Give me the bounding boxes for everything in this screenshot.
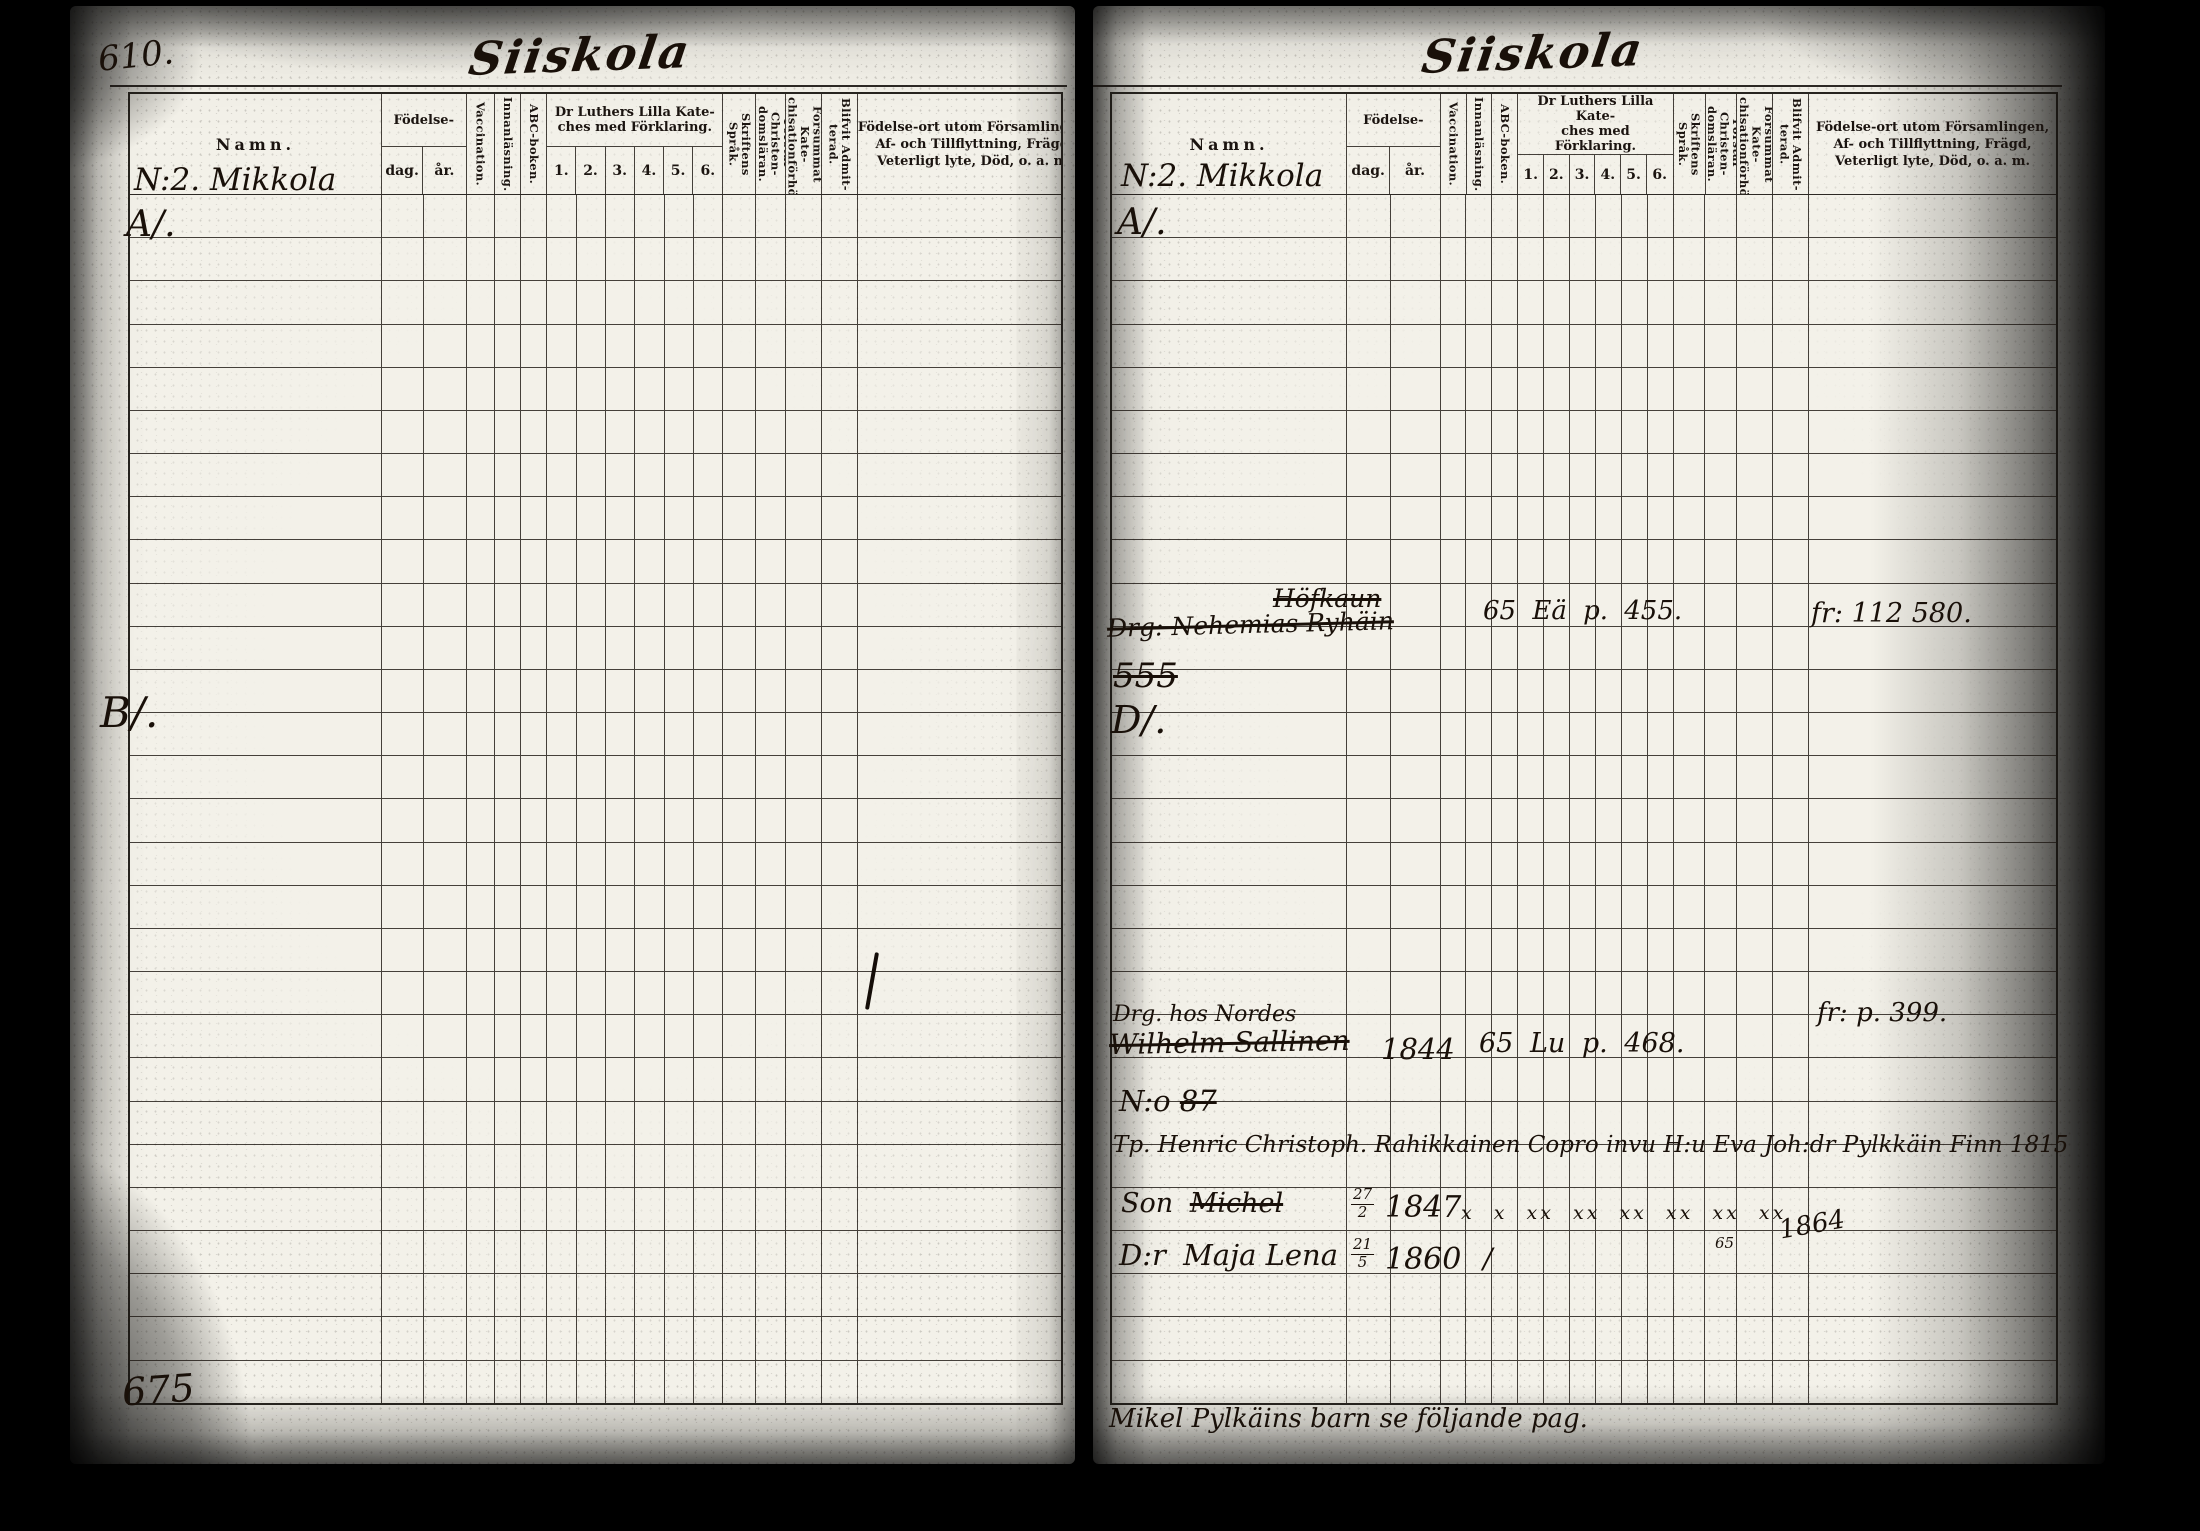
table-cell <box>822 497 858 539</box>
table-cell <box>1466 1317 1492 1359</box>
table-cell <box>547 1231 576 1273</box>
column-label-vertical: Förstår Christen-domsläran. <box>756 97 786 191</box>
table-cell <box>495 1317 521 1359</box>
table-cell <box>1391 886 1441 928</box>
table-cell <box>635 1145 664 1187</box>
table-cell <box>1492 1361 1518 1403</box>
table-cell <box>1492 1317 1518 1359</box>
table-cell <box>756 1231 786 1273</box>
table-cell <box>1544 497 1570 539</box>
table-cell <box>495 756 521 798</box>
table-cell <box>786 281 822 323</box>
table-cell <box>756 584 786 626</box>
table-cell <box>467 540 496 582</box>
table-cell <box>756 540 786 582</box>
table-cell <box>1570 843 1596 885</box>
table-cell <box>1570 713 1596 755</box>
table-cell <box>577 929 606 971</box>
table-cell <box>521 195 547 237</box>
table-cell <box>1622 670 1648 712</box>
table-cell <box>665 1102 694 1144</box>
table-cell <box>521 972 547 1014</box>
column-label-vertical: Förstår Christen-domsläran. <box>1706 97 1738 191</box>
table-cell <box>1466 454 1492 496</box>
table-cell <box>822 627 858 669</box>
table-cell <box>577 281 606 323</box>
table-cell <box>1466 627 1492 669</box>
table-cell <box>467 368 496 410</box>
table-cell <box>424 411 467 453</box>
table-cell <box>1596 627 1622 669</box>
table-cell <box>577 799 606 841</box>
table-cell <box>1705 1317 1737 1359</box>
table-cell <box>1570 799 1596 841</box>
table-cell <box>694 1058 723 1100</box>
table-cell <box>1518 627 1544 669</box>
table-cell <box>1466 497 1492 539</box>
table-cell <box>547 238 576 280</box>
table-cell <box>130 1015 382 1057</box>
table-cell <box>1705 1015 1737 1057</box>
margin-mark: A/. <box>126 204 176 245</box>
table-cell <box>606 1015 635 1057</box>
table-cell <box>382 325 424 367</box>
table-cell <box>1492 195 1518 237</box>
table-cell <box>1518 540 1544 582</box>
table-cell <box>1809 1058 2056 1100</box>
table-cell <box>1441 1317 1467 1359</box>
table-cell <box>495 1058 521 1100</box>
table-cell <box>1596 281 1622 323</box>
table-row <box>130 280 1061 323</box>
table-cell <box>1544 195 1570 237</box>
table-cell <box>577 411 606 453</box>
table-cell <box>130 325 382 367</box>
table-cell <box>858 1231 1061 1273</box>
table-row <box>130 842 1061 885</box>
table-cell <box>1809 195 2056 237</box>
table-cell <box>521 325 547 367</box>
table-cell <box>1441 670 1467 712</box>
column-header-blifvit_admitterad: Blifvit Admit-terad. <box>1773 94 1809 194</box>
table-cell <box>1492 756 1518 798</box>
table-cell <box>822 584 858 626</box>
table-cell <box>547 670 576 712</box>
table-cell <box>577 1274 606 1316</box>
table-cell <box>1596 670 1622 712</box>
table-cell <box>521 670 547 712</box>
table-cell <box>382 1145 424 1187</box>
table-cell <box>822 540 858 582</box>
table-cell <box>1737 540 1773 582</box>
table-cell <box>858 411 1061 453</box>
table-cell <box>1112 497 1347 539</box>
birth-month: 2 <box>1358 1205 1368 1221</box>
table-cell <box>1622 627 1648 669</box>
table-cell <box>858 497 1061 539</box>
table-cell <box>382 1015 424 1057</box>
table-cell <box>577 627 606 669</box>
table-cell <box>1737 627 1773 669</box>
table-cell <box>665 1058 694 1100</box>
table-cell <box>467 886 496 928</box>
table-cell <box>1391 972 1441 1014</box>
table-cell <box>495 1145 521 1187</box>
table-cell <box>786 1145 822 1187</box>
table-cell <box>1809 368 2056 410</box>
table-cell <box>547 584 576 626</box>
table-cell <box>665 584 694 626</box>
table-cell <box>1648 843 1674 885</box>
table-cell <box>467 1231 496 1273</box>
table-cell <box>424 1102 467 1144</box>
table-cell <box>382 1231 424 1273</box>
table-row <box>130 410 1061 453</box>
table-cell <box>1492 713 1518 755</box>
table-cell <box>1391 497 1441 539</box>
table-cell <box>1596 540 1622 582</box>
table-cell <box>382 799 424 841</box>
table-cell <box>1622 1058 1648 1100</box>
table-cell <box>495 281 521 323</box>
table-cell <box>1466 843 1492 885</box>
column-label-line: Dr Luthers Lilla Kate- <box>547 105 722 120</box>
table-cell <box>424 1188 467 1230</box>
table-cell <box>1466 886 1492 928</box>
table-cell <box>665 540 694 582</box>
table-cell <box>694 713 723 755</box>
table-cell <box>1391 843 1441 885</box>
column-header-vaccination: Vaccination. <box>1441 94 1467 194</box>
table-cell <box>1809 238 2056 280</box>
table-cell <box>495 1188 521 1230</box>
table-cell <box>1622 540 1648 582</box>
table-cell <box>1648 195 1674 237</box>
table-cell <box>382 843 424 885</box>
table-row <box>130 1360 1061 1403</box>
table-cell <box>547 1102 576 1144</box>
table-cell <box>1622 195 1648 237</box>
table-cell <box>1809 1361 2056 1403</box>
subcolumn-header: 3. <box>606 147 635 194</box>
table-cell <box>1674 1274 1706 1316</box>
table-cell <box>382 713 424 755</box>
table-cell <box>1622 497 1648 539</box>
table-cell <box>665 1231 694 1273</box>
table-cell <box>1809 497 2056 539</box>
table-cell <box>635 1058 664 1100</box>
table-row <box>130 453 1061 496</box>
table-cell <box>606 325 635 367</box>
table-cell <box>521 1361 547 1403</box>
table-cell <box>424 1317 467 1359</box>
table-cell <box>723 1361 756 1403</box>
table-cell <box>694 454 723 496</box>
family-number-prefix: N:o <box>1119 1084 1171 1118</box>
table-cell <box>577 238 606 280</box>
table-cell <box>1773 799 1809 841</box>
table-cell <box>1648 411 1674 453</box>
column-label-line: Födelse- <box>1347 113 1440 128</box>
table-cell <box>858 670 1061 712</box>
table-cell <box>1347 1361 1391 1403</box>
table-cell <box>495 1361 521 1403</box>
table-cell <box>577 713 606 755</box>
column-label-vertical: Innanläsning. <box>502 97 515 191</box>
table-cell <box>822 1231 858 1273</box>
table-cell <box>1622 1317 1648 1359</box>
table-cell <box>547 1361 576 1403</box>
table-row <box>130 1014 1061 1057</box>
table-cell <box>1674 281 1706 323</box>
table-cell <box>130 497 382 539</box>
table-cell <box>1596 756 1622 798</box>
table-cell <box>786 497 822 539</box>
table-row <box>1112 885 2056 928</box>
table-cell <box>606 1317 635 1359</box>
table-cell <box>577 325 606 367</box>
table-cell <box>635 1274 664 1316</box>
table-cell <box>1648 497 1674 539</box>
table-row <box>130 971 1061 1014</box>
table-cell <box>1773 886 1809 928</box>
table-cell <box>756 195 786 237</box>
table-cell <box>1441 540 1467 582</box>
table-cell <box>786 799 822 841</box>
table-cell <box>606 713 635 755</box>
table-cell <box>1466 670 1492 712</box>
table-cell <box>1518 843 1544 885</box>
table-cell <box>822 929 858 971</box>
subcolumn-header: dag. <box>382 147 423 194</box>
table-cell <box>1391 540 1441 582</box>
table-cell <box>130 627 382 669</box>
table-cell <box>694 843 723 885</box>
table-cell <box>1518 497 1544 539</box>
subcolumn-row: 1.2.3.4.5.6. <box>1518 155 1672 194</box>
table-cell <box>1596 411 1622 453</box>
table-cell <box>1347 843 1391 885</box>
column-label: Namn. <box>1189 136 1268 153</box>
table-row <box>130 755 1061 798</box>
table-cell <box>635 325 664 367</box>
table-cell <box>1809 929 2056 971</box>
table-cell <box>1466 799 1492 841</box>
table-cell <box>1705 411 1737 453</box>
table-cell <box>577 1015 606 1057</box>
table-cell <box>1544 1317 1570 1359</box>
table-cell <box>424 1058 467 1100</box>
table-cell <box>424 195 467 237</box>
table-cell <box>1347 195 1391 237</box>
table-cell <box>606 670 635 712</box>
table-cell <box>606 411 635 453</box>
table-cell <box>1809 454 2056 496</box>
table-cell <box>467 972 496 1014</box>
table-cell <box>495 670 521 712</box>
table-cell <box>1466 325 1492 367</box>
table-cell <box>606 886 635 928</box>
table-cell <box>1518 1361 1544 1403</box>
table-cell <box>1492 540 1518 582</box>
table-cell <box>467 1058 496 1100</box>
table-cell <box>382 584 424 626</box>
struck-number: 555 <box>1113 656 1178 696</box>
table-cell <box>606 281 635 323</box>
table-cell <box>1674 1058 1706 1100</box>
table-cell <box>1773 1361 1809 1403</box>
table-cell <box>521 411 547 453</box>
table-cell <box>635 929 664 971</box>
table-cell <box>1347 886 1391 928</box>
table-cell <box>1648 886 1674 928</box>
table-cell <box>1674 411 1706 453</box>
family-number: N:o 87 <box>1119 1084 1217 1118</box>
table-cell <box>694 972 723 1014</box>
table-row <box>1112 798 2056 841</box>
table-cell <box>723 238 756 280</box>
table-cell <box>1596 195 1622 237</box>
subcolumn-row: dag.år. <box>382 147 466 194</box>
column-label-line: ches med Förklaring. <box>1518 124 1672 154</box>
table-cell <box>1622 454 1648 496</box>
table-cell <box>1773 1317 1809 1359</box>
table-cell <box>1112 843 1347 885</box>
table-cell <box>665 929 694 971</box>
table-cell <box>665 238 694 280</box>
table-row <box>1112 280 2056 323</box>
table-cell <box>1391 195 1441 237</box>
table-row <box>130 1273 1061 1316</box>
table-cell <box>467 325 496 367</box>
table-cell <box>130 713 382 755</box>
table-cell <box>1347 238 1391 280</box>
table-cell <box>723 713 756 755</box>
table-cell <box>1518 281 1544 323</box>
table-cell <box>723 627 756 669</box>
table-cell <box>606 540 635 582</box>
table-cell <box>1441 1361 1467 1403</box>
subcolumn-header: 4. <box>635 147 664 194</box>
table-cell <box>521 368 547 410</box>
table-cell <box>1492 843 1518 885</box>
table-cell <box>547 1188 576 1230</box>
table-cell <box>786 843 822 885</box>
table-cell <box>694 368 723 410</box>
table-cell <box>130 799 382 841</box>
table-cell <box>1570 627 1596 669</box>
column-header-kateches: Dr Luthers Lilla Kate-ches med Förklarin… <box>547 94 723 194</box>
table-cell <box>858 972 1061 1014</box>
table-cell <box>577 584 606 626</box>
table-cell <box>694 584 723 626</box>
table-row <box>130 1230 1061 1273</box>
table-cell <box>606 584 635 626</box>
table-cell <box>635 1015 664 1057</box>
table-cell <box>1441 713 1467 755</box>
table-cell <box>858 195 1061 237</box>
table-cell <box>1492 411 1518 453</box>
table-cell <box>1492 325 1518 367</box>
subcolumn-header: dag. <box>1347 147 1390 194</box>
table-cell <box>1705 799 1737 841</box>
table-row <box>130 712 1061 755</box>
table-cell <box>521 756 547 798</box>
table-cell <box>1570 929 1596 971</box>
table-cell <box>130 540 382 582</box>
table-cell <box>382 886 424 928</box>
child-name: Michel <box>1190 1188 1283 1219</box>
column-label: Födelse- <box>382 94 466 147</box>
table-cell <box>1570 886 1596 928</box>
table-cell <box>1347 540 1391 582</box>
table-cell <box>1674 325 1706 367</box>
table-cell <box>858 886 1061 928</box>
table-cell <box>635 627 664 669</box>
column-header-forstar_christendomslaran: Förstår Christen-domsläran. <box>1706 94 1738 194</box>
table-cell <box>1596 1317 1622 1359</box>
table-cell <box>1622 411 1648 453</box>
table-cell <box>694 325 723 367</box>
table-cell <box>756 843 786 885</box>
table-cell <box>1570 1058 1596 1100</box>
register-page-right: Siiskola Namn.Födelse-dag.år.Vaccination… <box>1093 6 2105 1464</box>
subcolumn-header: år. <box>1390 147 1439 194</box>
table-cell <box>1705 929 1737 971</box>
table-cell <box>1347 1274 1391 1316</box>
table-cell <box>606 1102 635 1144</box>
column-label-line: ches med Förklaring. <box>547 120 722 135</box>
table-cell <box>130 1058 382 1100</box>
table-cell <box>1518 411 1544 453</box>
table-cell <box>1518 670 1544 712</box>
table-cell <box>547 1015 576 1057</box>
table-cell <box>424 799 467 841</box>
table-cell <box>547 454 576 496</box>
table-row <box>130 669 1061 712</box>
table-cell <box>1112 454 1347 496</box>
table-cell <box>1809 540 2056 582</box>
margin-mark: D/. <box>1111 698 1166 742</box>
column-header-vaccination: Vaccination. <box>467 94 496 194</box>
table-row <box>130 1316 1061 1359</box>
table-cell <box>858 1015 1061 1057</box>
table-cell <box>1622 325 1648 367</box>
table-cell <box>1347 799 1391 841</box>
table-cell <box>694 281 723 323</box>
table-cell <box>547 713 576 755</box>
table-cell <box>1518 1231 1544 1273</box>
table-row <box>1112 1273 2056 1316</box>
table-cell <box>1737 713 1773 755</box>
column-header-abc_boken: ABC-boken. <box>1492 94 1518 194</box>
table-cell <box>547 886 576 928</box>
table-cell <box>1648 670 1674 712</box>
table-cell <box>665 627 694 669</box>
column-label-vertical: ABC-boken. <box>528 104 541 184</box>
table-cell <box>1622 886 1648 928</box>
table-cell <box>1674 454 1706 496</box>
table-cell <box>1596 454 1622 496</box>
table-cell <box>1809 713 2056 755</box>
table-cell <box>495 627 521 669</box>
table-cell <box>495 411 521 453</box>
table-cell <box>1737 1317 1773 1359</box>
table-cell <box>756 1102 786 1144</box>
handwritten-page-number: 610. <box>96 32 175 80</box>
examination-mark: / <box>1483 1242 1492 1275</box>
table-cell <box>694 1317 723 1359</box>
